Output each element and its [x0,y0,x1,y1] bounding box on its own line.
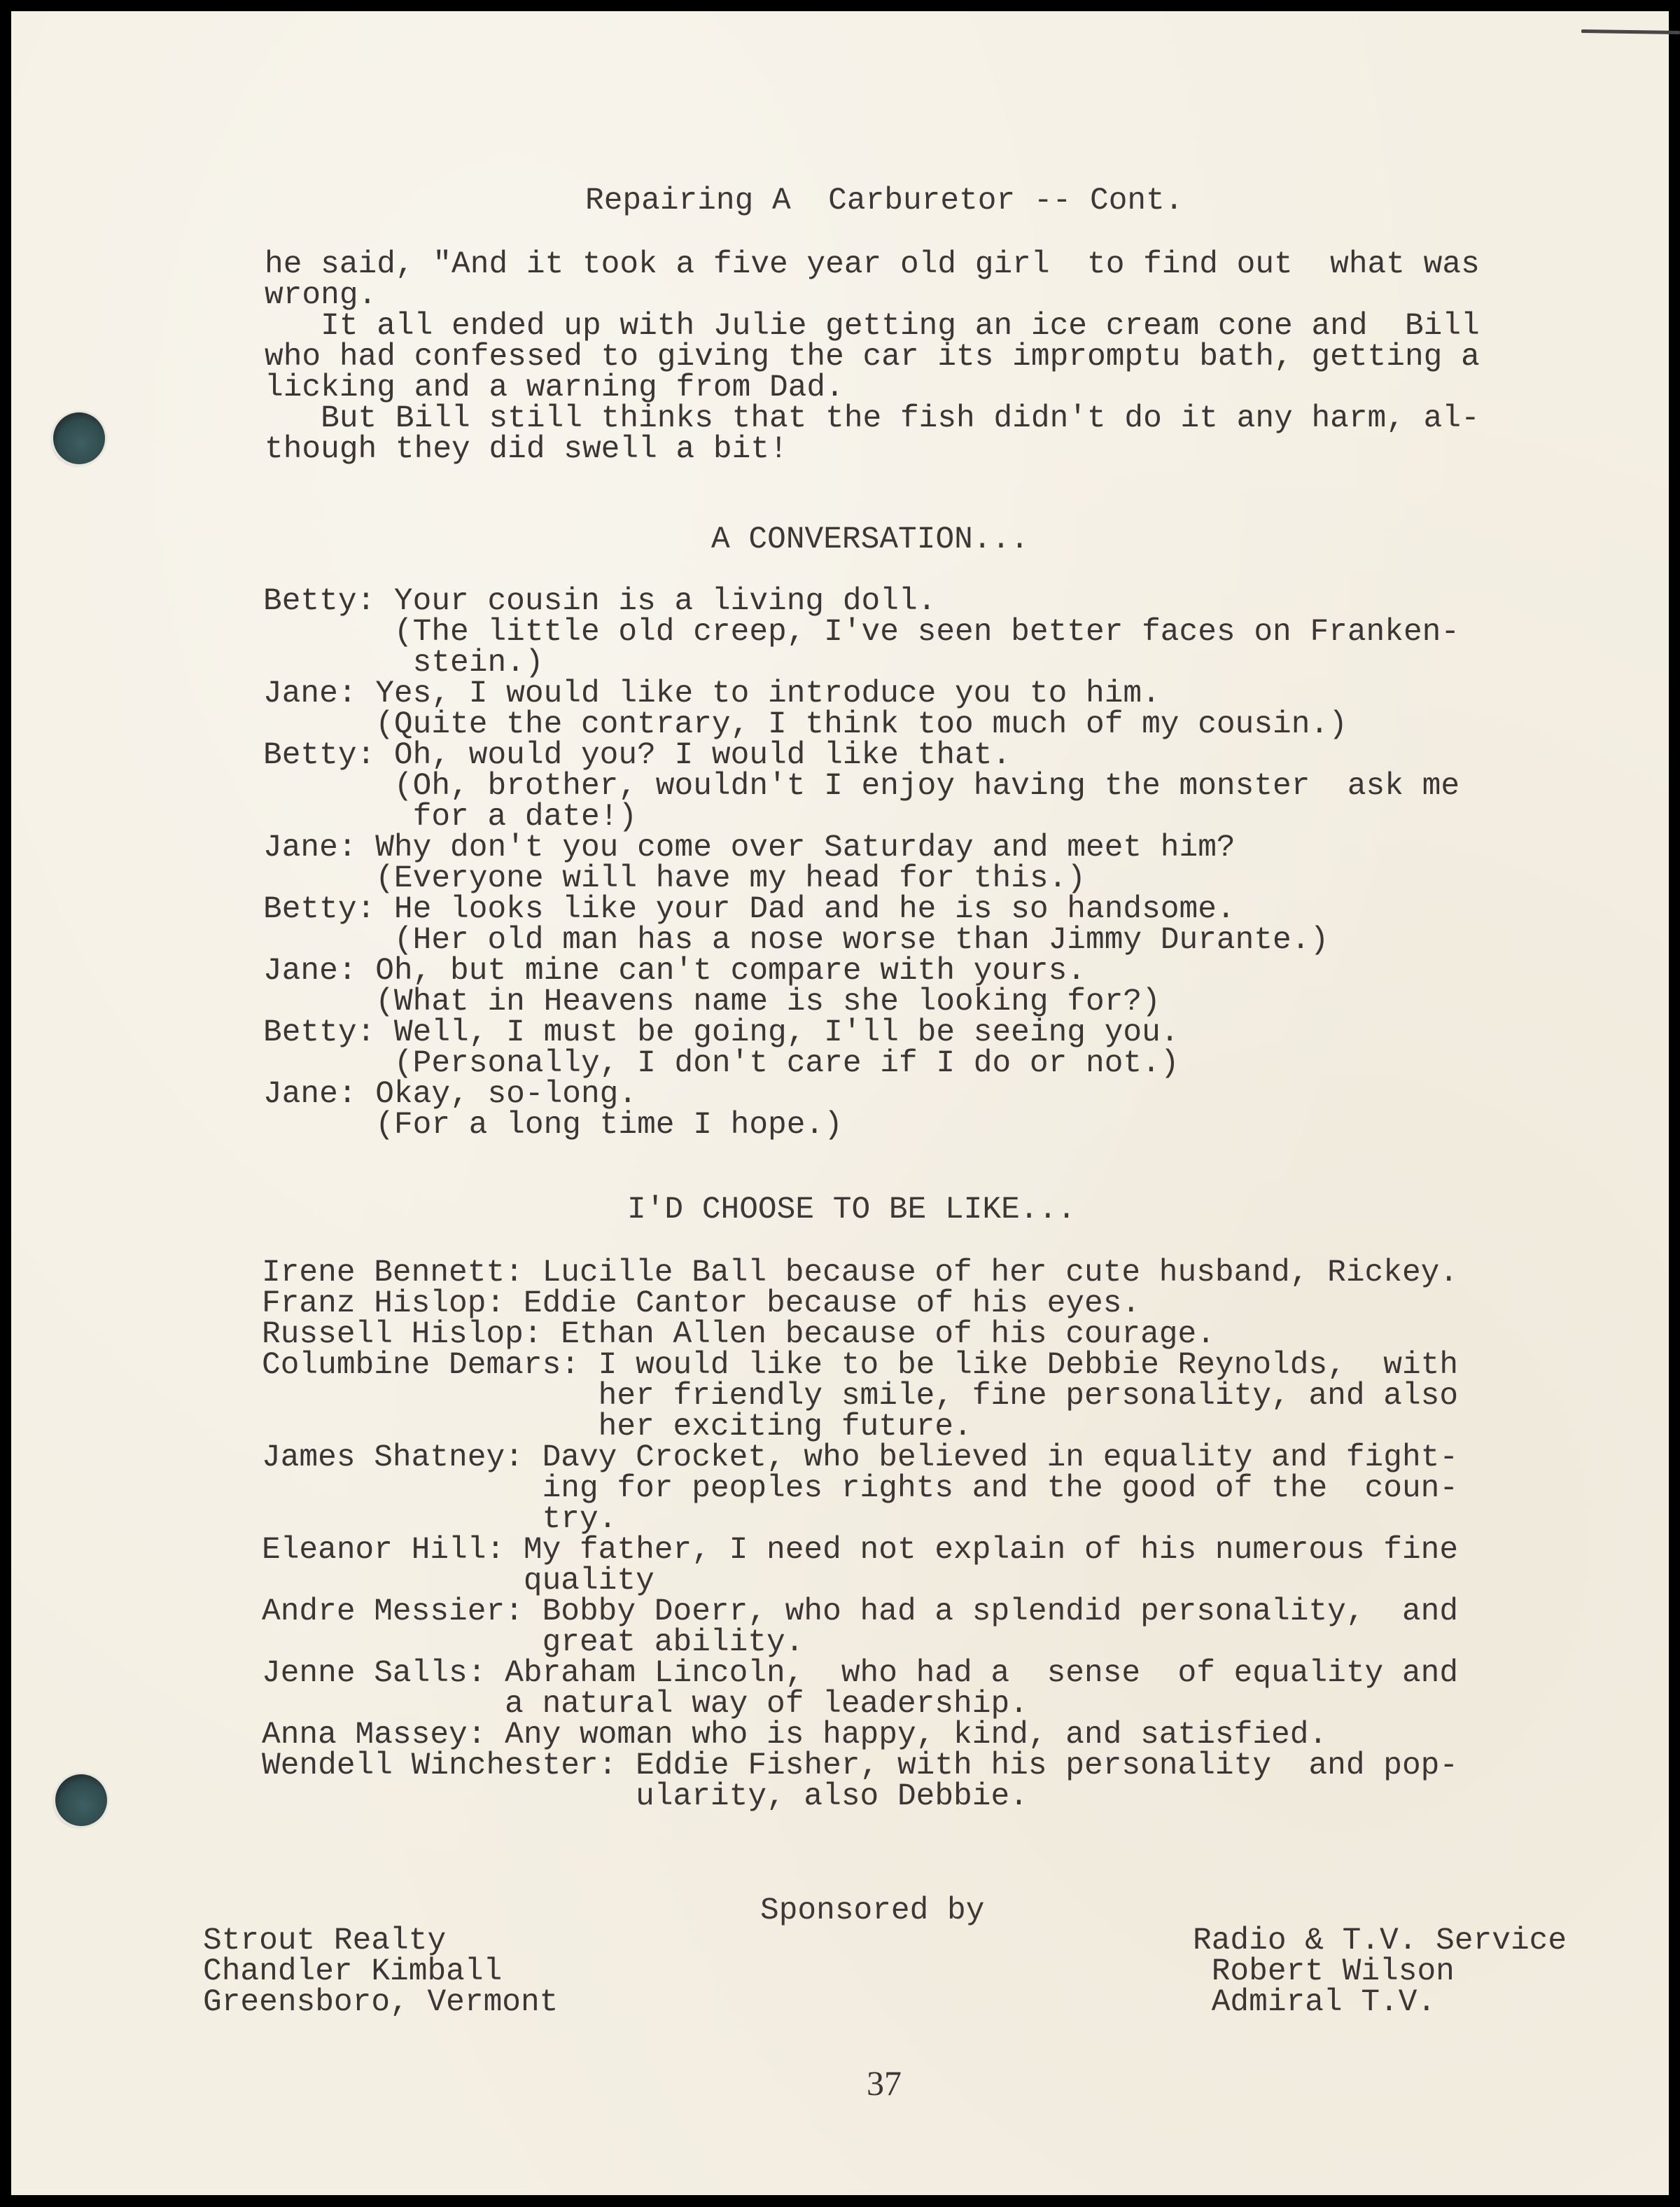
text-line: (Oh, brother, wouldn't I enjoy having th… [263,771,1459,802]
document-page: Repairing A Carburetor -- Cont. he said,… [11,11,1669,2195]
text-line: Betty: Your cousin is a living doll. [263,586,1459,617]
text-line: Franz Hislop: Eddie Cantor because of hi… [262,1288,1458,1319]
pencil-mark [1581,29,1680,34]
text-line: Jane: Oh, but mine can't compare with yo… [263,956,1459,987]
text-line: James Shatney: Davy Crocket, who believe… [262,1442,1458,1473]
text-line: her friendly smile, fine personality, an… [262,1381,1458,1412]
text-line: But Bill still thinks that the fish didn… [265,403,1480,434]
text-line: ing for peoples rights and the good of t… [262,1473,1458,1504]
text-line: Chandler Kimball [203,1956,558,1987]
text-line: great ability. [262,1627,1458,1658]
sponsor-left: Strout RealtyChandler KimballGreensboro,… [203,1926,558,2018]
punch-hole-icon [55,1774,107,1826]
text-line: (Personally, I don't care if I do or not… [263,1048,1459,1079]
sponsor-right: Radio & T.V. Service Robert Wilson Admir… [1193,1926,1567,2018]
text-line: (For a long time I hope.) [263,1110,1459,1141]
text-line: Jenne Salls: Abraham Lincoln, who had a … [262,1658,1458,1689]
text-line: her exciting future. [262,1412,1458,1442]
text-line: (What in Heavens name is she looking for… [263,987,1459,1017]
text-line: Wendell Winchester: Eddie Fisher, with h… [262,1750,1458,1781]
text-line: Betty: Well, I must be going, I'll be se… [263,1017,1459,1048]
punch-hole-icon [53,412,105,464]
text-line: try. [262,1504,1458,1535]
section-title-conversation: A CONVERSATION... [711,524,1029,555]
sponsored-by-heading: Sponsored by [760,1895,984,1926]
text-line: (Everyone will have my head for this.) [263,863,1459,894]
text-line: licking and a warning from Dad. [265,373,1480,403]
carburetor-text: he said, "And it took a five year old gi… [265,249,1480,465]
text-line: Jane: Okay, so-long. [263,1079,1459,1110]
text-line: Anna Massey: Any woman who is happy, kin… [262,1720,1458,1750]
text-line: Jane: Why don't you come over Saturday a… [263,833,1459,863]
text-line: Radio & T.V. Service [1193,1926,1567,1956]
text-line: Strout Realty [203,1926,558,1956]
text-line: Robert Wilson [1193,1956,1567,1987]
text-line: (The little old creep, I've seen better … [263,617,1459,648]
text-line: Russell Hislop: Ethan Allen because of h… [262,1319,1458,1350]
text-line: Columbine Demars: I would like to be lik… [262,1350,1458,1381]
text-line: (Quite the contrary, I think too much of… [263,709,1459,740]
text-line: who had confessed to giving the car its … [265,342,1480,373]
section-title-carburetor: Repairing A Carburetor -- Cont. [585,186,1184,216]
text-line: Betty: Oh, would you? I would like that. [263,740,1459,771]
text-line: ularity, also Debbie. [262,1781,1458,1812]
page-number: 37 [867,2063,902,2103]
text-line: stein.) [263,648,1459,678]
text-line: Greensboro, Vermont [203,1987,558,2018]
text-line: he said, "And it took a five year old gi… [265,249,1480,280]
text-line: for a date!) [263,802,1459,833]
text-line: Irene Bennett: Lucille Ball because of h… [262,1258,1458,1288]
text-line: Betty: He looks like your Dad and he is … [263,894,1459,925]
choose-text: Irene Bennett: Lucille Ball because of h… [262,1258,1458,1812]
text-line: It all ended up with Julie getting an ic… [265,311,1480,342]
text-line: Andre Messier: Bobby Doerr, who had a sp… [262,1596,1458,1627]
text-line: quality [262,1566,1458,1596]
text-line: Eleanor Hill: My father, I need not expl… [262,1535,1458,1566]
conversation-text: Betty: Your cousin is a living doll. (Th… [263,586,1459,1141]
text-line: wrong. [265,280,1480,311]
text-line: (Her old man has a nose worse than Jimmy… [263,925,1459,956]
text-line: though they did swell a bit! [265,434,1480,465]
section-title-choose: I'D CHOOSE TO BE LIKE... [627,1195,1076,1225]
text-line: Jane: Yes, I would like to introduce you… [263,678,1459,709]
text-line: a natural way of leadership. [262,1689,1458,1720]
text-line: Admiral T.V. [1193,1987,1567,2018]
